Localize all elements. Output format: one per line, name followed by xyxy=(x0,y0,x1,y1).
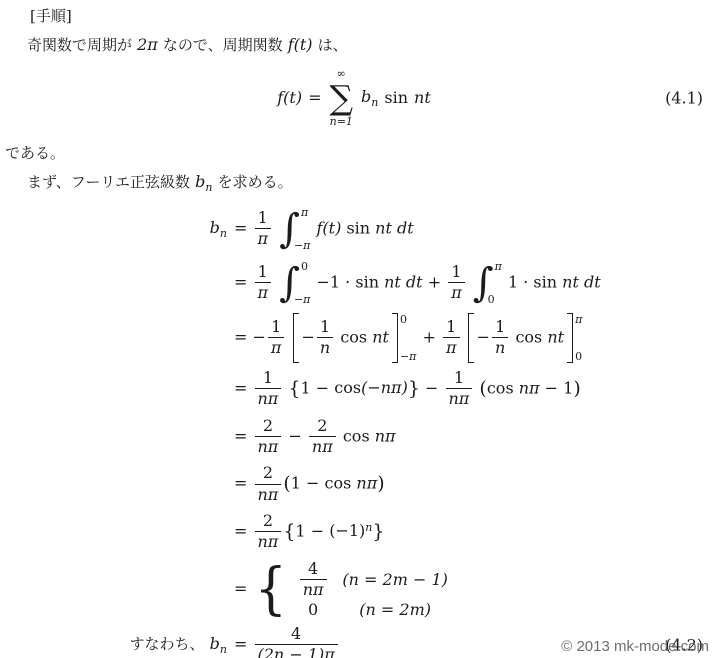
derivation-row-4: = 1nπ {1 − cos(−nπ)} − 1nπ (cos nπ − 1) xyxy=(5,369,703,409)
math-token-npi: nπ xyxy=(519,378,540,397)
case-odd: 4nπ (n = 2m − 1) xyxy=(290,560,454,600)
text-run: は、 xyxy=(318,36,348,54)
equals-sign: = xyxy=(234,634,247,653)
fraction: 1π xyxy=(255,209,272,249)
subscript-n: n xyxy=(371,96,378,109)
fraction: 2nπ xyxy=(255,417,282,457)
math-token-ft: f(t) xyxy=(317,218,342,237)
right-brace: } xyxy=(372,520,384,542)
bracket-limits: 0−π xyxy=(400,313,416,363)
derivation-lhs: bn xyxy=(5,218,227,240)
fraction-denominator: n xyxy=(492,338,508,357)
fraction: 1π xyxy=(448,263,465,303)
fraction: 1nπ xyxy=(255,369,282,409)
equals-sign: = xyxy=(234,521,247,540)
fraction: 1n xyxy=(492,318,508,358)
fraction-denominator: π xyxy=(268,338,285,357)
derivation-row-1: bn = 1π ∫π−π f(t) sin nt dt xyxy=(5,205,703,253)
equation-tag: (4.1) xyxy=(665,88,703,107)
math-token-sin: sin xyxy=(384,88,408,107)
fraction-denominator: nπ xyxy=(309,437,336,456)
cos-neg-npi: cos(−nπ) xyxy=(334,378,408,397)
fraction-denominator: nπ xyxy=(255,485,282,504)
integral: ∫0−π xyxy=(279,259,310,307)
cases-brace: { xyxy=(254,563,286,616)
case-condition: (n = 2m) xyxy=(336,600,454,619)
math-token-nt: nt xyxy=(414,88,431,107)
fraction-numerator: 1 xyxy=(268,318,285,338)
fraction: 2nπ xyxy=(309,417,336,457)
math-inline-2pi: 2π xyxy=(137,35,158,54)
derivation-rhs: = 2nπ − 2nπ cos nπ xyxy=(234,417,703,457)
subscript-n: n xyxy=(220,643,227,656)
right-bracket xyxy=(392,313,398,363)
fraction: 1π xyxy=(255,263,272,303)
fraction-denominator: π xyxy=(448,283,465,302)
minus-sign: − xyxy=(253,327,266,346)
fraction-numerator: 1 xyxy=(443,318,460,338)
math-token-dt: dt xyxy=(584,272,601,291)
fraction-numerator: 2 xyxy=(309,417,336,437)
fraction: 4(2n − 1)π xyxy=(255,625,338,658)
case-even: 0 (n = 2m) xyxy=(290,600,454,619)
math-token-nt: nt xyxy=(384,272,401,291)
bracket-upper-limit: π xyxy=(575,314,582,325)
fraction-denominator: π xyxy=(443,338,460,357)
math-inline-ft: f(t) xyxy=(288,35,313,54)
derivation-rhs: = 1π ∫0−π −1 · sin nt dt + 1π ∫π0 1 · si… xyxy=(234,259,703,307)
math-token-one-minus: 1 − xyxy=(295,521,324,540)
b-sub-n: bn xyxy=(210,218,227,240)
plus-sign: + xyxy=(423,327,436,346)
math-token-sin: sin xyxy=(346,218,370,237)
derivation-row-5: = 2nπ − 2nπ cos nπ xyxy=(5,417,703,457)
math-token-b: b xyxy=(361,87,371,106)
fraction-denominator: nπ xyxy=(300,580,327,599)
b-sub-n: bn xyxy=(361,87,378,109)
subscript-n: n xyxy=(220,227,227,240)
right-paren: ) xyxy=(377,473,384,495)
derivation-row-6: = 2nπ(1 − cos nπ) xyxy=(5,464,703,504)
fraction-numerator: 4 xyxy=(300,560,327,580)
case-condition: (n = 2m − 1) xyxy=(336,570,454,589)
fraction-numerator: 1 xyxy=(255,369,282,389)
math-token-dt: dt xyxy=(406,272,423,291)
integral-limits: π−π xyxy=(300,205,310,253)
left-paren: ( xyxy=(283,473,290,495)
fraction: 1nπ xyxy=(446,369,473,409)
fraction: 2nπ xyxy=(255,464,282,504)
derivation-rhs: = 1nπ {1 − cos(−nπ)} − 1nπ (cos nπ − 1) xyxy=(234,369,703,409)
integral-limits: π0 xyxy=(494,259,502,307)
integral-upper-limit: 0 xyxy=(301,261,310,272)
paragraph-dearu: である。 xyxy=(5,142,703,165)
integral-lower-limit: −π xyxy=(294,294,310,305)
bracket-evaluation: −1n cos ntπ0 xyxy=(468,313,583,363)
paragraph-intro: 奇関数で周期が 2π なので、周期関数 f(t) は、 xyxy=(27,33,703,57)
derivation-row-2: = 1π ∫0−π −1 · sin nt dt + 1π ∫π0 1 · si… xyxy=(5,259,703,307)
math-token-minus-one: − 1 xyxy=(545,378,574,397)
math-token-one-minus: 1 − xyxy=(301,378,330,397)
copyright-footer: © 2013 mk-mode.com xyxy=(561,638,709,655)
subscript-n: n xyxy=(205,181,212,194)
integral-lower-limit: −π xyxy=(294,240,310,251)
left-brace: { xyxy=(283,520,295,542)
cases-rows: 4nπ (n = 2m − 1) 0 (n = 2m) xyxy=(290,560,454,619)
bracket-lower-limit: −π xyxy=(400,351,416,362)
bracket-lower-limit: 0 xyxy=(575,351,582,362)
math-token-cos: cos xyxy=(515,327,542,346)
fraction: 2nπ xyxy=(255,512,282,552)
sigma-sign: ∑ xyxy=(329,81,353,114)
neg-one-pow-n: (−1)n xyxy=(329,521,372,540)
text-run: なので、周期関数 xyxy=(163,36,283,54)
plus-sign: + xyxy=(428,272,441,291)
left-paren: ( xyxy=(479,377,486,399)
minus-sign: − xyxy=(477,327,490,346)
bracket-evaluation: −1n cos nt0−π xyxy=(293,313,417,363)
integral-limits: 0−π xyxy=(300,259,310,307)
fraction: 1n xyxy=(317,318,333,358)
math-token-nt: nt xyxy=(562,272,579,291)
derivation-rhs: = −1π −1n cos nt0−π + 1π −1n cos ntπ0 xyxy=(234,313,703,363)
math-token-npi: nπ xyxy=(375,426,396,445)
fraction: 1π xyxy=(268,318,285,358)
integral: ∫π0 xyxy=(473,259,502,307)
fraction-denominator: π xyxy=(255,283,272,302)
math-token-npi: nπ xyxy=(356,474,377,493)
math-token-one-minus: 1 − xyxy=(291,474,320,493)
left-brace: { xyxy=(288,377,300,399)
bracket-content: −1n cos nt xyxy=(474,318,567,358)
math-token-neg1-cdot: −1 · xyxy=(317,272,351,291)
case-value: 4nπ xyxy=(290,560,336,600)
math-token-nt: nt xyxy=(372,327,389,346)
math-token-cos: cos xyxy=(340,327,367,346)
math-token-cos: cos xyxy=(343,426,370,445)
fraction-denominator: nπ xyxy=(255,389,282,408)
math-token-nt: nt xyxy=(375,218,392,237)
document-page: [手順] 奇関数で周期が 2π なので、周期関数 f(t) は、 f(t) = … xyxy=(0,0,717,658)
b-sub-n: bn xyxy=(195,170,212,197)
text-run: を求める。 xyxy=(218,173,293,191)
derivation-rhs: = { 4nπ (n = 2m − 1) 0 (n = 2m) xyxy=(234,560,703,619)
right-brace: } xyxy=(408,377,420,399)
fraction-numerator: 2 xyxy=(255,464,282,484)
bracket-upper-limit: 0 xyxy=(400,314,416,325)
math-token-b: b xyxy=(210,218,220,237)
text-run: 奇関数で周期が xyxy=(27,36,132,54)
derivation-block: bn = 1π ∫π−π f(t) sin nt dt = 1π ∫0−π −1… xyxy=(5,205,703,658)
math-token-sin: sin xyxy=(533,272,557,291)
math-token-ft: f(t) xyxy=(277,88,302,107)
right-paren: ) xyxy=(573,377,580,399)
equals-sign: = xyxy=(234,327,247,346)
derivation-lhs: すなわち、 bn xyxy=(5,633,227,656)
fraction-numerator: 1 xyxy=(448,263,465,283)
derivation-row-3: = −1π −1n cos nt0−π + 1π −1n cos ntπ0 xyxy=(5,313,703,363)
math-token-neg-npi: (−nπ) xyxy=(361,378,408,397)
derivation-row-7: = 2nπ{1 − (−1)n} xyxy=(5,512,703,552)
math-token-sin: sin xyxy=(355,272,379,291)
fraction-denominator: nπ xyxy=(255,532,282,551)
bracket-content: −1n cos nt xyxy=(299,318,392,358)
fraction-numerator: 1 xyxy=(255,263,272,283)
integral-upper-limit: π xyxy=(495,261,502,272)
text-sunawachi: すなわち、 xyxy=(130,635,205,653)
bracket-limits: π0 xyxy=(575,313,582,363)
equals-sign: = xyxy=(234,272,247,291)
math-token-cos: cos xyxy=(334,378,361,397)
equals-sign: = xyxy=(308,88,321,107)
fraction-denominator: (2n − 1)π xyxy=(255,645,338,658)
math-token-dt: dt xyxy=(397,218,414,237)
minus-sign: − xyxy=(302,327,315,346)
equals-sign: = xyxy=(234,426,247,445)
fraction-numerator: 1 xyxy=(317,318,333,338)
math-token-cos: cos xyxy=(487,378,514,397)
fraction-denominator: nπ xyxy=(255,437,282,456)
equals-sign: = xyxy=(234,218,247,237)
fraction-numerator: 2 xyxy=(255,417,282,437)
math-token-b: b xyxy=(195,172,205,191)
math-token-one-cdot: 1 · xyxy=(508,272,528,291)
fraction-denominator: n xyxy=(317,338,333,357)
math-token-b: b xyxy=(210,634,220,653)
sum-lower-limit: n=1 xyxy=(330,115,353,128)
equals-sign: = xyxy=(234,579,247,598)
derivation-rhs: = 1π ∫π−π f(t) sin nt dt xyxy=(234,205,703,253)
math-token-nt: nt xyxy=(547,327,564,346)
equation-4-1: f(t) = ∞ ∑ n=1 bn sin nt (4.1) xyxy=(5,65,703,131)
derivation-rhs: = 2nπ{1 − (−1)n} xyxy=(234,512,703,552)
math-token-cos: cos xyxy=(325,474,352,493)
right-bracket xyxy=(567,313,573,363)
minus-sign: − xyxy=(288,426,301,445)
fraction-numerator: 1 xyxy=(446,369,473,389)
fraction-denominator: π xyxy=(255,229,272,248)
equals-sign: = xyxy=(234,378,247,397)
cases-expression: { 4nπ (n = 2m − 1) 0 (n = 2m) xyxy=(253,560,455,619)
text-run: まず、フーリエ正弦級数 xyxy=(27,173,190,191)
fraction-numerator: 1 xyxy=(255,209,272,229)
fraction: 1π xyxy=(443,318,460,358)
minus-sign: − xyxy=(425,378,438,397)
paragraph-mazu: まず、フーリエ正弦級数 bn を求める。 xyxy=(27,170,703,197)
derivation-row-8: = { 4nπ (n = 2m − 1) 0 (n = 2m) xyxy=(5,560,703,619)
integral-upper-limit: π xyxy=(301,207,310,218)
integral: ∫π−π xyxy=(279,205,310,253)
section-heading: [手順] xyxy=(30,6,703,28)
case-value: 0 xyxy=(290,600,336,619)
derivation-rhs: = 2nπ(1 − cos nπ) xyxy=(234,464,703,504)
math-token-neg-one: (−1) xyxy=(329,521,365,540)
integral-lower-limit: 0 xyxy=(488,294,502,305)
fraction: 4nπ xyxy=(300,560,327,600)
fraction-numerator: 2 xyxy=(255,512,282,532)
equals-sign: = xyxy=(234,474,247,493)
fraction-denominator: nπ xyxy=(446,389,473,408)
fraction-numerator: 1 xyxy=(492,318,508,338)
b-sub-n: bn xyxy=(210,634,227,656)
fraction-numerator: 4 xyxy=(255,625,338,645)
summation: ∞ ∑ n=1 xyxy=(329,67,353,128)
